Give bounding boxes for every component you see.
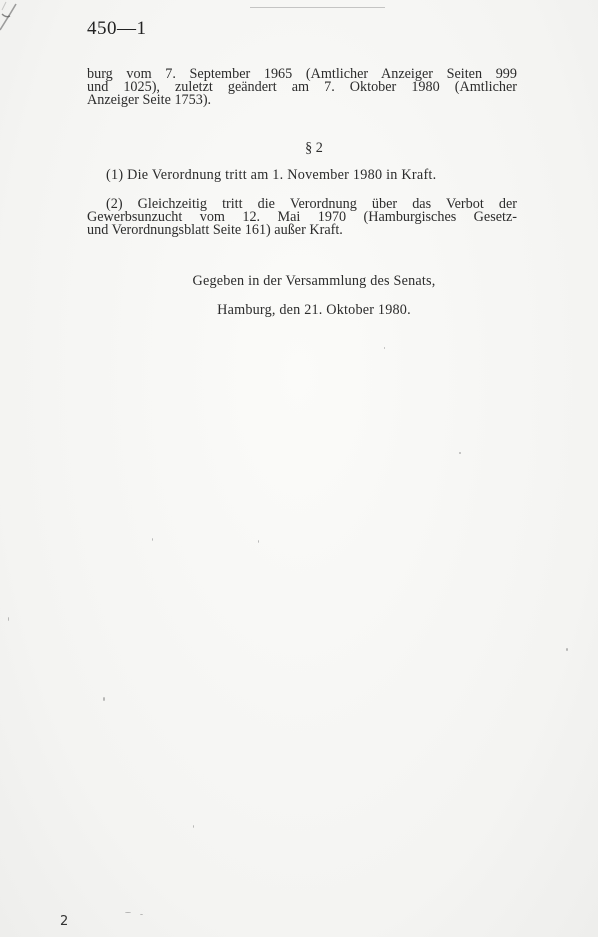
closing-line-senate: Gegeben in der Versammlung des Senats, xyxy=(0,273,598,290)
section-paragraph-1: (1) Die Verordnung tritt am 1. November … xyxy=(106,167,436,184)
scan-speck xyxy=(193,825,194,828)
scan-speck xyxy=(103,697,105,701)
paragraph-2-line: und Verordnungsblatt Seite 161) außer Kr… xyxy=(87,224,517,237)
scan-speck xyxy=(459,452,461,454)
document-page: 450—1 burg vom 7. September 1965 (Amtlic… xyxy=(0,0,598,937)
intro-paragraph: burg vom 7. September 1965 (Amtlicher An… xyxy=(87,68,517,107)
top-divider-rule xyxy=(250,7,385,8)
section-paragraph-2: (2) Gleichzeitig tritt die Verordnung üb… xyxy=(87,198,517,237)
section-heading: § 2 xyxy=(0,140,598,157)
scan-speck xyxy=(258,540,259,543)
scan-speck xyxy=(566,648,568,651)
page-number: 2 xyxy=(60,914,68,929)
corner-pen-mark-icon xyxy=(0,0,24,32)
intro-line: Anzeiger Seite 1753). xyxy=(87,94,517,107)
scan-speck xyxy=(8,617,9,621)
document-header-number: 450—1 xyxy=(87,18,147,40)
scan-speck xyxy=(140,914,143,915)
scan-speck xyxy=(384,347,385,349)
closing-line-place-date: Hamburg, den 21. Oktober 1980. xyxy=(0,302,598,319)
scan-speck xyxy=(125,912,131,913)
scan-speck xyxy=(152,538,153,541)
